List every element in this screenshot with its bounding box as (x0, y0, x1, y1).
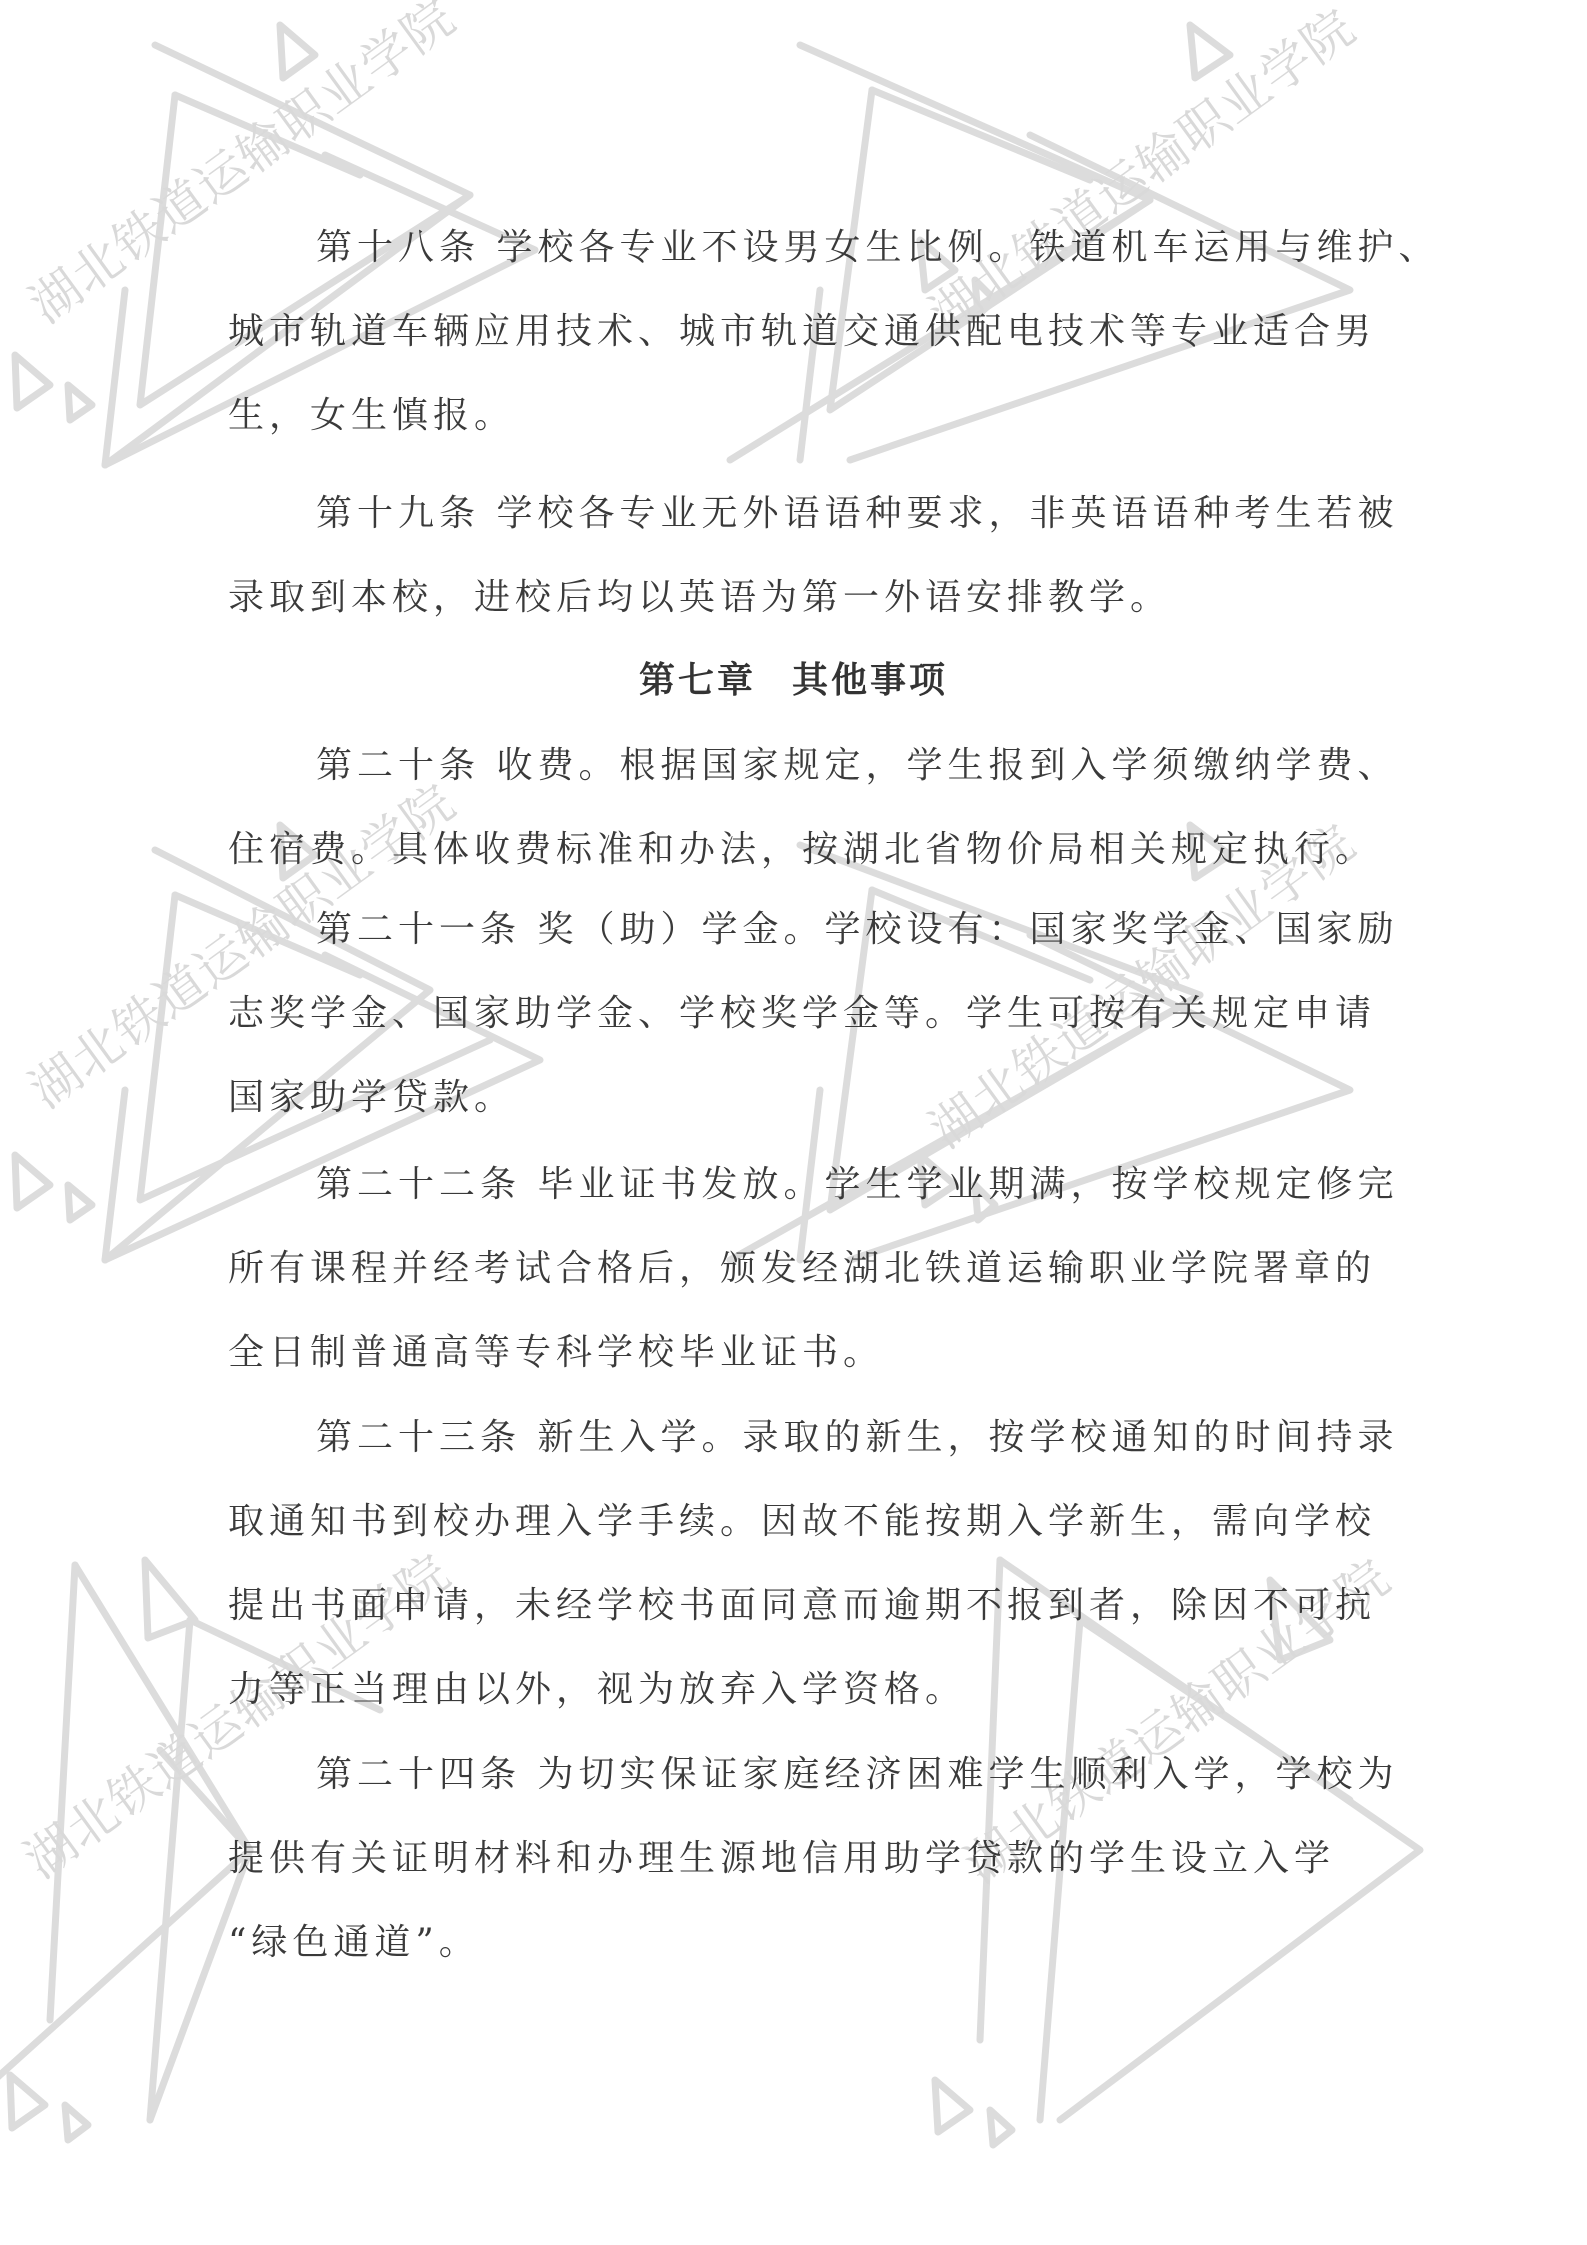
article-line: 第二十三条 新生入学。录取的新生，按学校通知的时间持录 (228, 1396, 1378, 1480)
article-line: 第二十二条 毕业证书发放。学生学业期满，按学校规定修完 (228, 1143, 1378, 1227)
article-19: 第十九条 学校各专业无外语语种要求，非英语语种考生若被 录取到本校，进校后均以英… (228, 472, 1378, 640)
article-line: 力等正当理由以外，视为放弃入学资格。 (228, 1648, 1378, 1732)
document-page: 第十八条 学校各专业不设男女生比例。铁道机车运用与维护、 城市轨道车辆应用技术、… (0, 0, 1587, 2245)
chapter-heading: 第七章其他事项 (0, 652, 1587, 703)
article-line: 城市轨道车辆应用技术、城市轨道交通供配电技术等专业适合男 (228, 290, 1378, 374)
article-line: 提供有关证明材料和办理生源地信用助学贷款的学生设立入学 (228, 1817, 1378, 1901)
article-line: 全日制普通高等专科学校毕业证书。 (228, 1311, 1378, 1395)
article-line: 第二十四条 为切实保证家庭经济困难学生顺利入学，学校为 (228, 1733, 1378, 1817)
article-line: 生，女生慎报。 (228, 374, 1378, 458)
article-18: 第十八条 学校各专业不设男女生比例。铁道机车运用与维护、 城市轨道车辆应用技术、… (228, 206, 1378, 458)
article-24: 第二十四条 为切实保证家庭经济困难学生顺利入学，学校为 提供有关证明材料和办理生… (228, 1733, 1378, 1985)
article-line: 所有课程并经考试合格后，颁发经湖北铁道运输职业学院署章的 (228, 1227, 1378, 1311)
article-23: 第二十三条 新生入学。录取的新生，按学校通知的时间持录 取通知书到校办理入学手续… (228, 1396, 1378, 1732)
article-line: “绿色通道”。 (228, 1901, 1378, 1985)
article-21: 第二十一条 奖（助）学金。学校设有：国家奖学金、国家励 志奖学金、国家助学金、学… (228, 888, 1378, 1140)
article-line: 第二十条 收费。根据国家规定，学生报到入学须缴纳学费、 (228, 724, 1378, 808)
chapter-number: 第七章 (639, 660, 756, 701)
chapter-title-text: 其他事项 (792, 660, 948, 701)
article-line: 取通知书到校办理入学手续。因故不能按期入学新生，需向学校 (228, 1480, 1378, 1564)
article-line: 第十九条 学校各专业无外语语种要求，非英语语种考生若被 (228, 472, 1378, 556)
article-line: 录取到本校，进校后均以英语为第一外语安排教学。 (228, 556, 1378, 640)
article-line: 国家助学贷款。 (228, 1056, 1378, 1140)
article-line: 志奖学金、国家助学金、学校奖学金等。学生可按有关规定申请 (228, 972, 1378, 1056)
article-20: 第二十条 收费。根据国家规定，学生报到入学须缴纳学费、 住宿费。具体收费标准和办… (228, 724, 1378, 892)
article-line: 住宿费。具体收费标准和办法，按湖北省物价局相关规定执行。 (228, 808, 1378, 892)
article-22: 第二十二条 毕业证书发放。学生学业期满，按学校规定修完 所有课程并经考试合格后，… (228, 1143, 1378, 1395)
article-line: 第二十一条 奖（助）学金。学校设有：国家奖学金、国家励 (228, 888, 1378, 972)
article-line: 提出书面申请，未经学校书面同意而逾期不报到者，除因不可抗 (228, 1564, 1378, 1648)
article-line: 第十八条 学校各专业不设男女生比例。铁道机车运用与维护、 (228, 206, 1378, 290)
